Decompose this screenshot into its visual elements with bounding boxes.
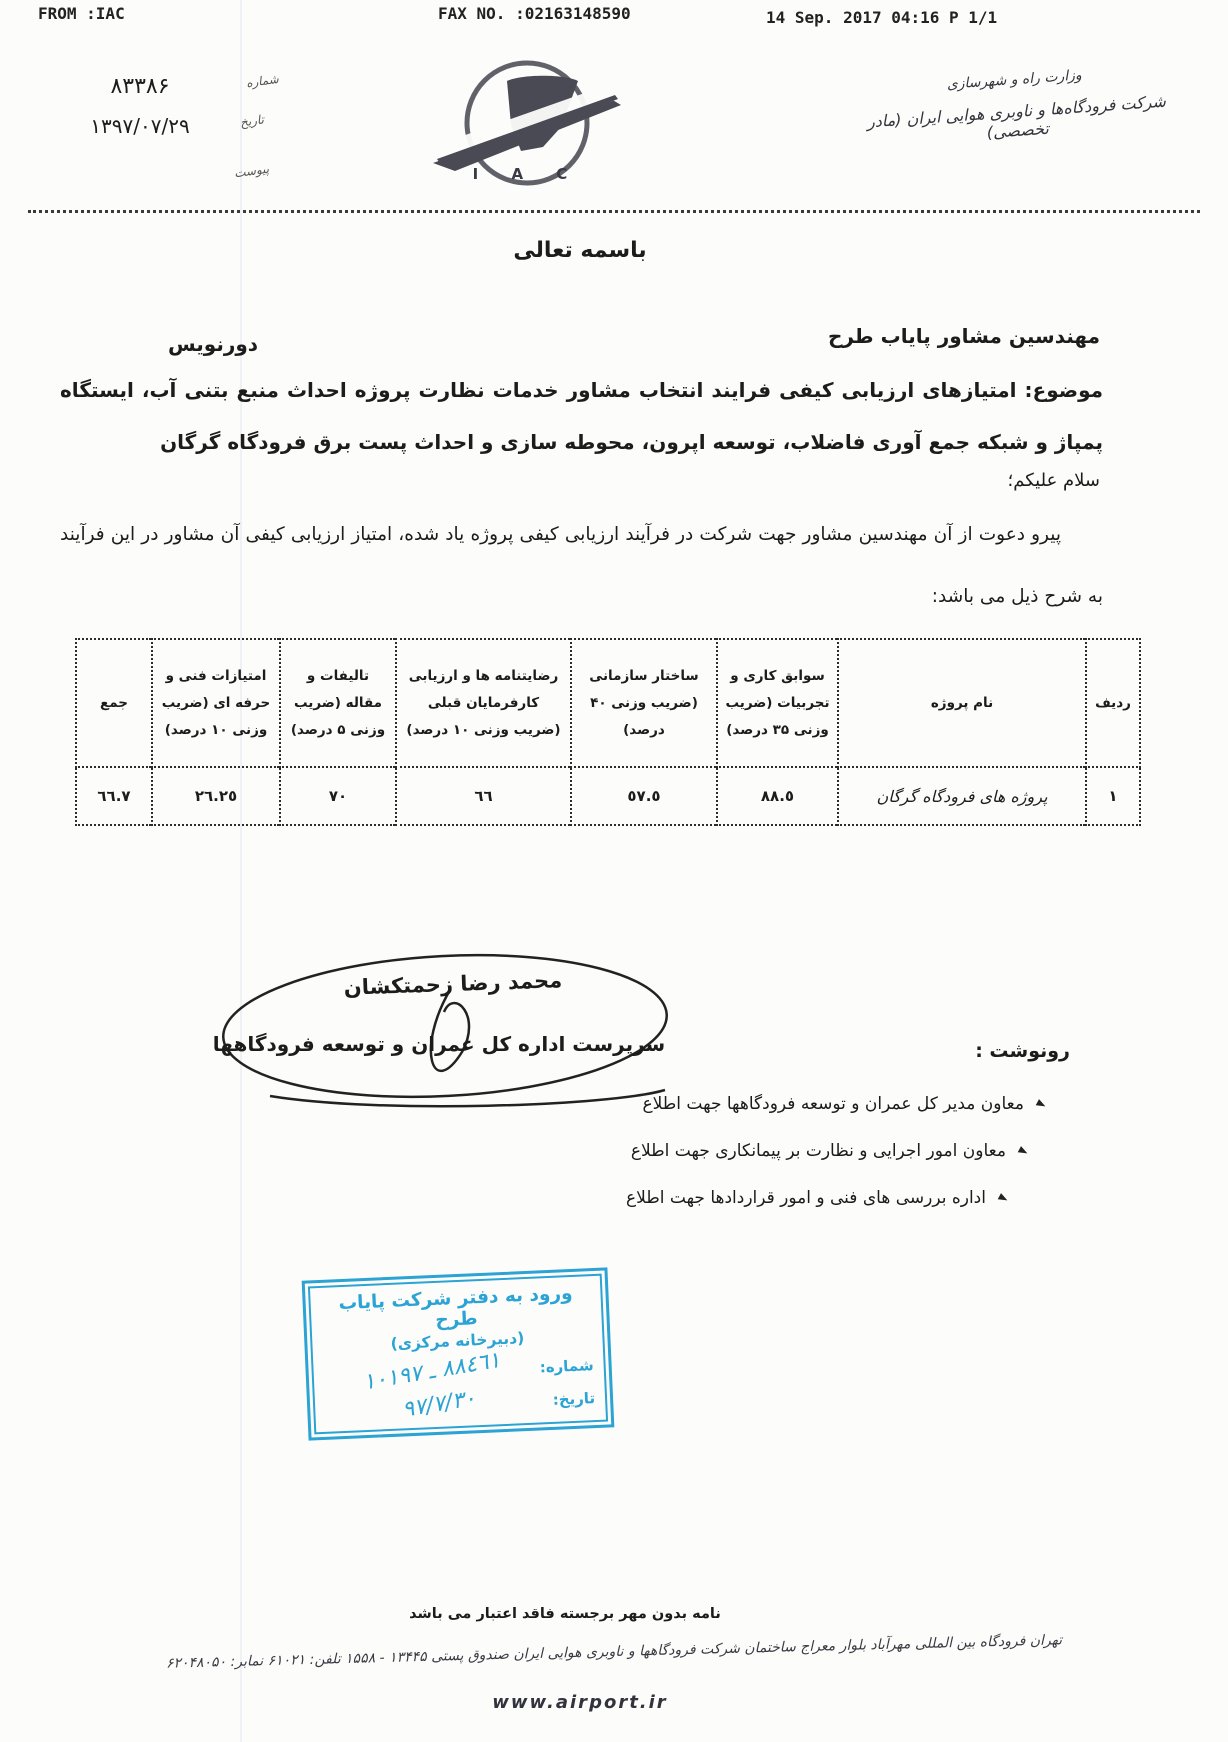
stamp-date-label: تاریخ: [552, 1389, 595, 1409]
arrow-bullet-icon: ▸ [1034, 1094, 1050, 1112]
table-row: ١ پروژه های فرودگاه گرگان ٨٨.٥ ٥٧.٥ ٦٦ ٧… [76, 767, 1140, 825]
col-header-total: جمع [76, 639, 152, 767]
cc-list: ▸ معاون مدیر کل عمران و توسعه فرودگاهها … [626, 1080, 1045, 1221]
table-header-row: ردیف نام پروژه سوابق کاری و تجربیات (ضری… [76, 639, 1140, 767]
via-fax-label: دورنویس [168, 332, 258, 356]
col-header-work-experience: سوابق کاری و تجربیات (ضریب وزنی ۳۵ درصد) [717, 639, 838, 767]
score-table: ردیف نام پروژه سوابق کاری و تجربیات (ضری… [75, 638, 1141, 826]
cell-publications: ٧٠ [280, 767, 396, 825]
fax-datetime: 14 Sep. 2017 04:16 P 1/1 [766, 8, 997, 27]
letterhead-organization: وزارت راه و شهرسازی شرکت فرودگاه‌ها و نا… [844, 60, 1188, 152]
body-paragraph: پیرو دعوت از آن مهندسین مشاور جهت شرکت د… [60, 504, 1103, 628]
footer-website: www.airport.ir [0, 1692, 1160, 1713]
col-header-row-number: ردیف [1086, 639, 1140, 767]
fax-number: FAX NO. :02163148590 [438, 4, 631, 23]
iac-airports-logo-icon: I A C [425, 55, 630, 195]
cc-item: ▸ معاون مدیر کل عمران و توسعه فرودگاهها … [626, 1080, 1045, 1127]
stamp-number-row: شماره: ١٠١٩٧ ـ ٨٨٤٦١ [323, 1352, 594, 1389]
ref-date: ۱۳۹۷/۰۷/۲۹ [28, 114, 252, 138]
ref-attachment-label: پیوست [233, 162, 270, 181]
cell-work-experience: ٨٨.٥ [717, 767, 838, 825]
received-stamp: ورود به دفتر شرکت پایاب طرح (دبیرخانه مر… [302, 1267, 615, 1440]
company-name: شرکت فرودگاه‌ها و ناوبری هوایی ایران (ما… [846, 90, 1188, 152]
footer-validity-note: نامه بدون مهر برجسته فاقد اعتبار می باشد [0, 1606, 1130, 1622]
cell-project-name: پروژه های فرودگاه گرگان [838, 767, 1086, 825]
ref-number-label: شماره [245, 72, 279, 90]
cc-item: ▸ اداره بررسی های فنی و امور قراردادها ج… [626, 1174, 1007, 1221]
cc-label: رونوشت : [975, 1040, 1070, 1062]
dotted-divider [28, 210, 1200, 213]
cell-technical-points: ٢٦.٢٥ [152, 767, 280, 825]
ref-number: ۸۳۳۸۶ [40, 74, 240, 99]
cell-client-satisfaction: ٦٦ [396, 767, 571, 825]
subject-line: موضوع: امتیازهای ارزیابی کیفی فرایند انت… [60, 364, 1103, 468]
cc-item-text: اداره بررسی های فنی و امور قراردادها جهت… [626, 1188, 986, 1208]
cell-row-number: ١ [1086, 767, 1140, 825]
ref-date-label: تاریخ [239, 112, 265, 129]
col-header-technical-points: امتیازات فنی و حرفه ای (ضریب وزنی ۱۰ درص… [152, 639, 280, 767]
col-header-client-satisfaction: رضایتنامه ها و ارزیابی کارفرمایان قبلی (… [396, 639, 571, 767]
recipient-line: مهندسین مشاور پایاب طرح [828, 324, 1100, 348]
besmele-heading: باسمه تعالی [0, 238, 1160, 263]
footer-address: تهران فرودگاه بین المللی مهرآباد بلوار م… [58, 1629, 1170, 1674]
col-header-project-name: نام پروژه [838, 639, 1086, 767]
fax-from: FROM :IAC [38, 4, 125, 23]
cc-item-text: معاون امور اجرایی و نظارت بر پیمانکاری ج… [631, 1141, 1006, 1161]
salutation: سلام علیکم؛ [1008, 470, 1100, 491]
cell-total: ٦٦.٧ [76, 767, 152, 825]
col-header-org-structure: ساختار سازمانی (ضریب وزنی ۴۰ درصد) [571, 639, 717, 767]
logo-letters: I A C [473, 165, 582, 183]
cc-item: ▸ معاون امور اجرایی و نظارت بر پیمانکاری… [626, 1127, 1027, 1174]
arrow-bullet-icon: ▸ [996, 1188, 1012, 1206]
cell-org-structure: ٥٧.٥ [571, 767, 717, 825]
received-stamp-inner: ورود به دفتر شرکت پایاب طرح (دبیرخانه مر… [308, 1274, 608, 1435]
fax-document-page: FROM :IAC FAX NO. :02163148590 14 Sep. 2… [0, 0, 1228, 1742]
arrow-bullet-icon: ▸ [1016, 1141, 1032, 1159]
cc-item-text: معاون مدیر کل عمران و توسعه فرودگاهها جه… [642, 1094, 1023, 1114]
col-header-publications: تالیفات و مقاله (ضریب وزنی ۵ درصد) [280, 639, 396, 767]
signer-title: سرپرست اداره کل عمران و توسعه فرودگاهها [205, 1032, 673, 1056]
